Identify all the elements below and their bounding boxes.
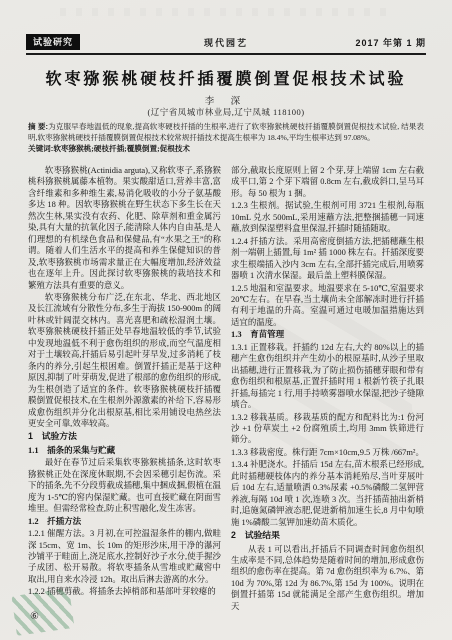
paragraph: 1.3.1 正置移栽。扦插约 12d 左右,大约 80%以上的插穗产生愈伤组织并… [231,342,424,411]
section-heading-methods: 1 试验方法 [28,431,221,442]
paragraph: 最好在春节过后采集软枣猕猴桃插条,这时软枣猕猴桃正处在深度休眠期,不会因采穗引起… [28,457,221,514]
page-header: 试验研究 现代园艺 2017 年第 1 期 [26,34,426,50]
paragraph: 从表 1 可以看出,扦插后不同调查时间愈伤组织生成率是不同,总体趋势是随着时间的… [231,544,424,613]
issue-label: 2017 年第 1 期 [355,36,426,49]
paragraph: 1.2.1 催醒方法。3 月初,在可控温湿条件的棚内,做畦深 15cm、宽 1m… [28,528,221,585]
left-column: 软枣猕猴桃(Actinidia arguta),又称软枣子,系猕猴桃科猕猴桃属藤… [28,165,221,613]
subsection-heading-insert: 1.2 扦插方法 [28,516,221,527]
paragraph: 1.3.3 移栽密度。株行距 7cm×10cm,9.5 万株 /667m²。 [231,447,424,458]
paragraph: 软枣猕猴桃(Actinidia arguta),又称软枣子,系猕猴桃科猕猴桃属藤… [28,165,221,291]
abstract-text: 摘 要:为克服早春地温低的现象,提高软枣硬枝扦插的生根率,进行了软枣猕猴桃硬枝扦… [28,122,424,143]
section-heading-results: 2 试验结果 [231,530,424,541]
header-rule [26,53,426,55]
paragraph: 部分,截取长度原则上留 2 个芽,芽上端留 1cm 左右截成平口,第 2 个芽下… [231,165,424,199]
section-badge: 试验研究 [26,34,80,50]
scan-noise [60,8,392,16]
paragraph: 1.2.5 地温和室温要求。地温要求在 5-10℃,室温要求 20℃左右。在早春… [231,283,424,329]
abstract-label: 摘 要: [28,122,48,131]
green-stamp-mark [11,588,74,636]
abstract-block: 摘 要:为克服早春地温低的现象,提高软枣硬枝扦插的生根率,进行了软枣猕猴桃硬枝扦… [28,122,424,155]
scanned-paper-page: 试验研究 现代园艺 2017 年第 1 期 软枣猕猴桃硬枝扦插覆膜倒置促根技术试… [0,0,452,640]
paragraph: 1.3.4 补肥浇水。扦插后 15d 左右,苗木根系已经形成,此时插穗硬枝体内的… [231,459,424,528]
paragraph: 1.2.4 扦插方法。采用高密度倒插方法,把插穗蘸生根剂一端朝上插置,每 1m²… [231,236,424,282]
right-column: 部分,截取长度原则上留 2 个芽,芽上端留 1cm 左右截成平口,第 2 个芽下… [231,165,424,613]
paragraph: 1.2.3 生根剂。据试验,生根剂可用 3721 生根剂,每瓶 10mL 兑水 … [231,200,424,234]
paragraph: 1.3.2 移栽基质。移栽基质的配方和配料比为:1 份河沙 +1 份草炭土 +2… [231,412,424,446]
keywords-line: 关键词:软枣猕猴桃;硬枝扦插;覆膜倒置;促根技术 [28,144,424,155]
author-name: 李 深 [0,93,452,107]
page-number: ⑥ [30,611,39,622]
subsection-heading-collect: 1.1 插条的采集与贮藏 [28,445,221,456]
journal-name: 现代园艺 [204,36,248,49]
subsection-heading-manage: 1.3 育苗管理 [231,329,424,340]
keywords-label: 关键词: [28,144,53,153]
affiliation: (辽宁省凤城市林业局,辽宁凤城 118100) [0,106,452,118]
body-columns: 软枣猕猴桃(Actinidia arguta),又称软枣子,系猕猴桃科猕猴桃属藤… [28,165,424,613]
article-title: 软枣猕猴桃硬枝扦插覆膜倒置促根技术试验 [0,66,452,89]
paragraph: 软枣猕猴桃分布广泛,在东北、华北、西北地区及长江流域有分散性分布,多生于海拔 1… [28,292,221,429]
